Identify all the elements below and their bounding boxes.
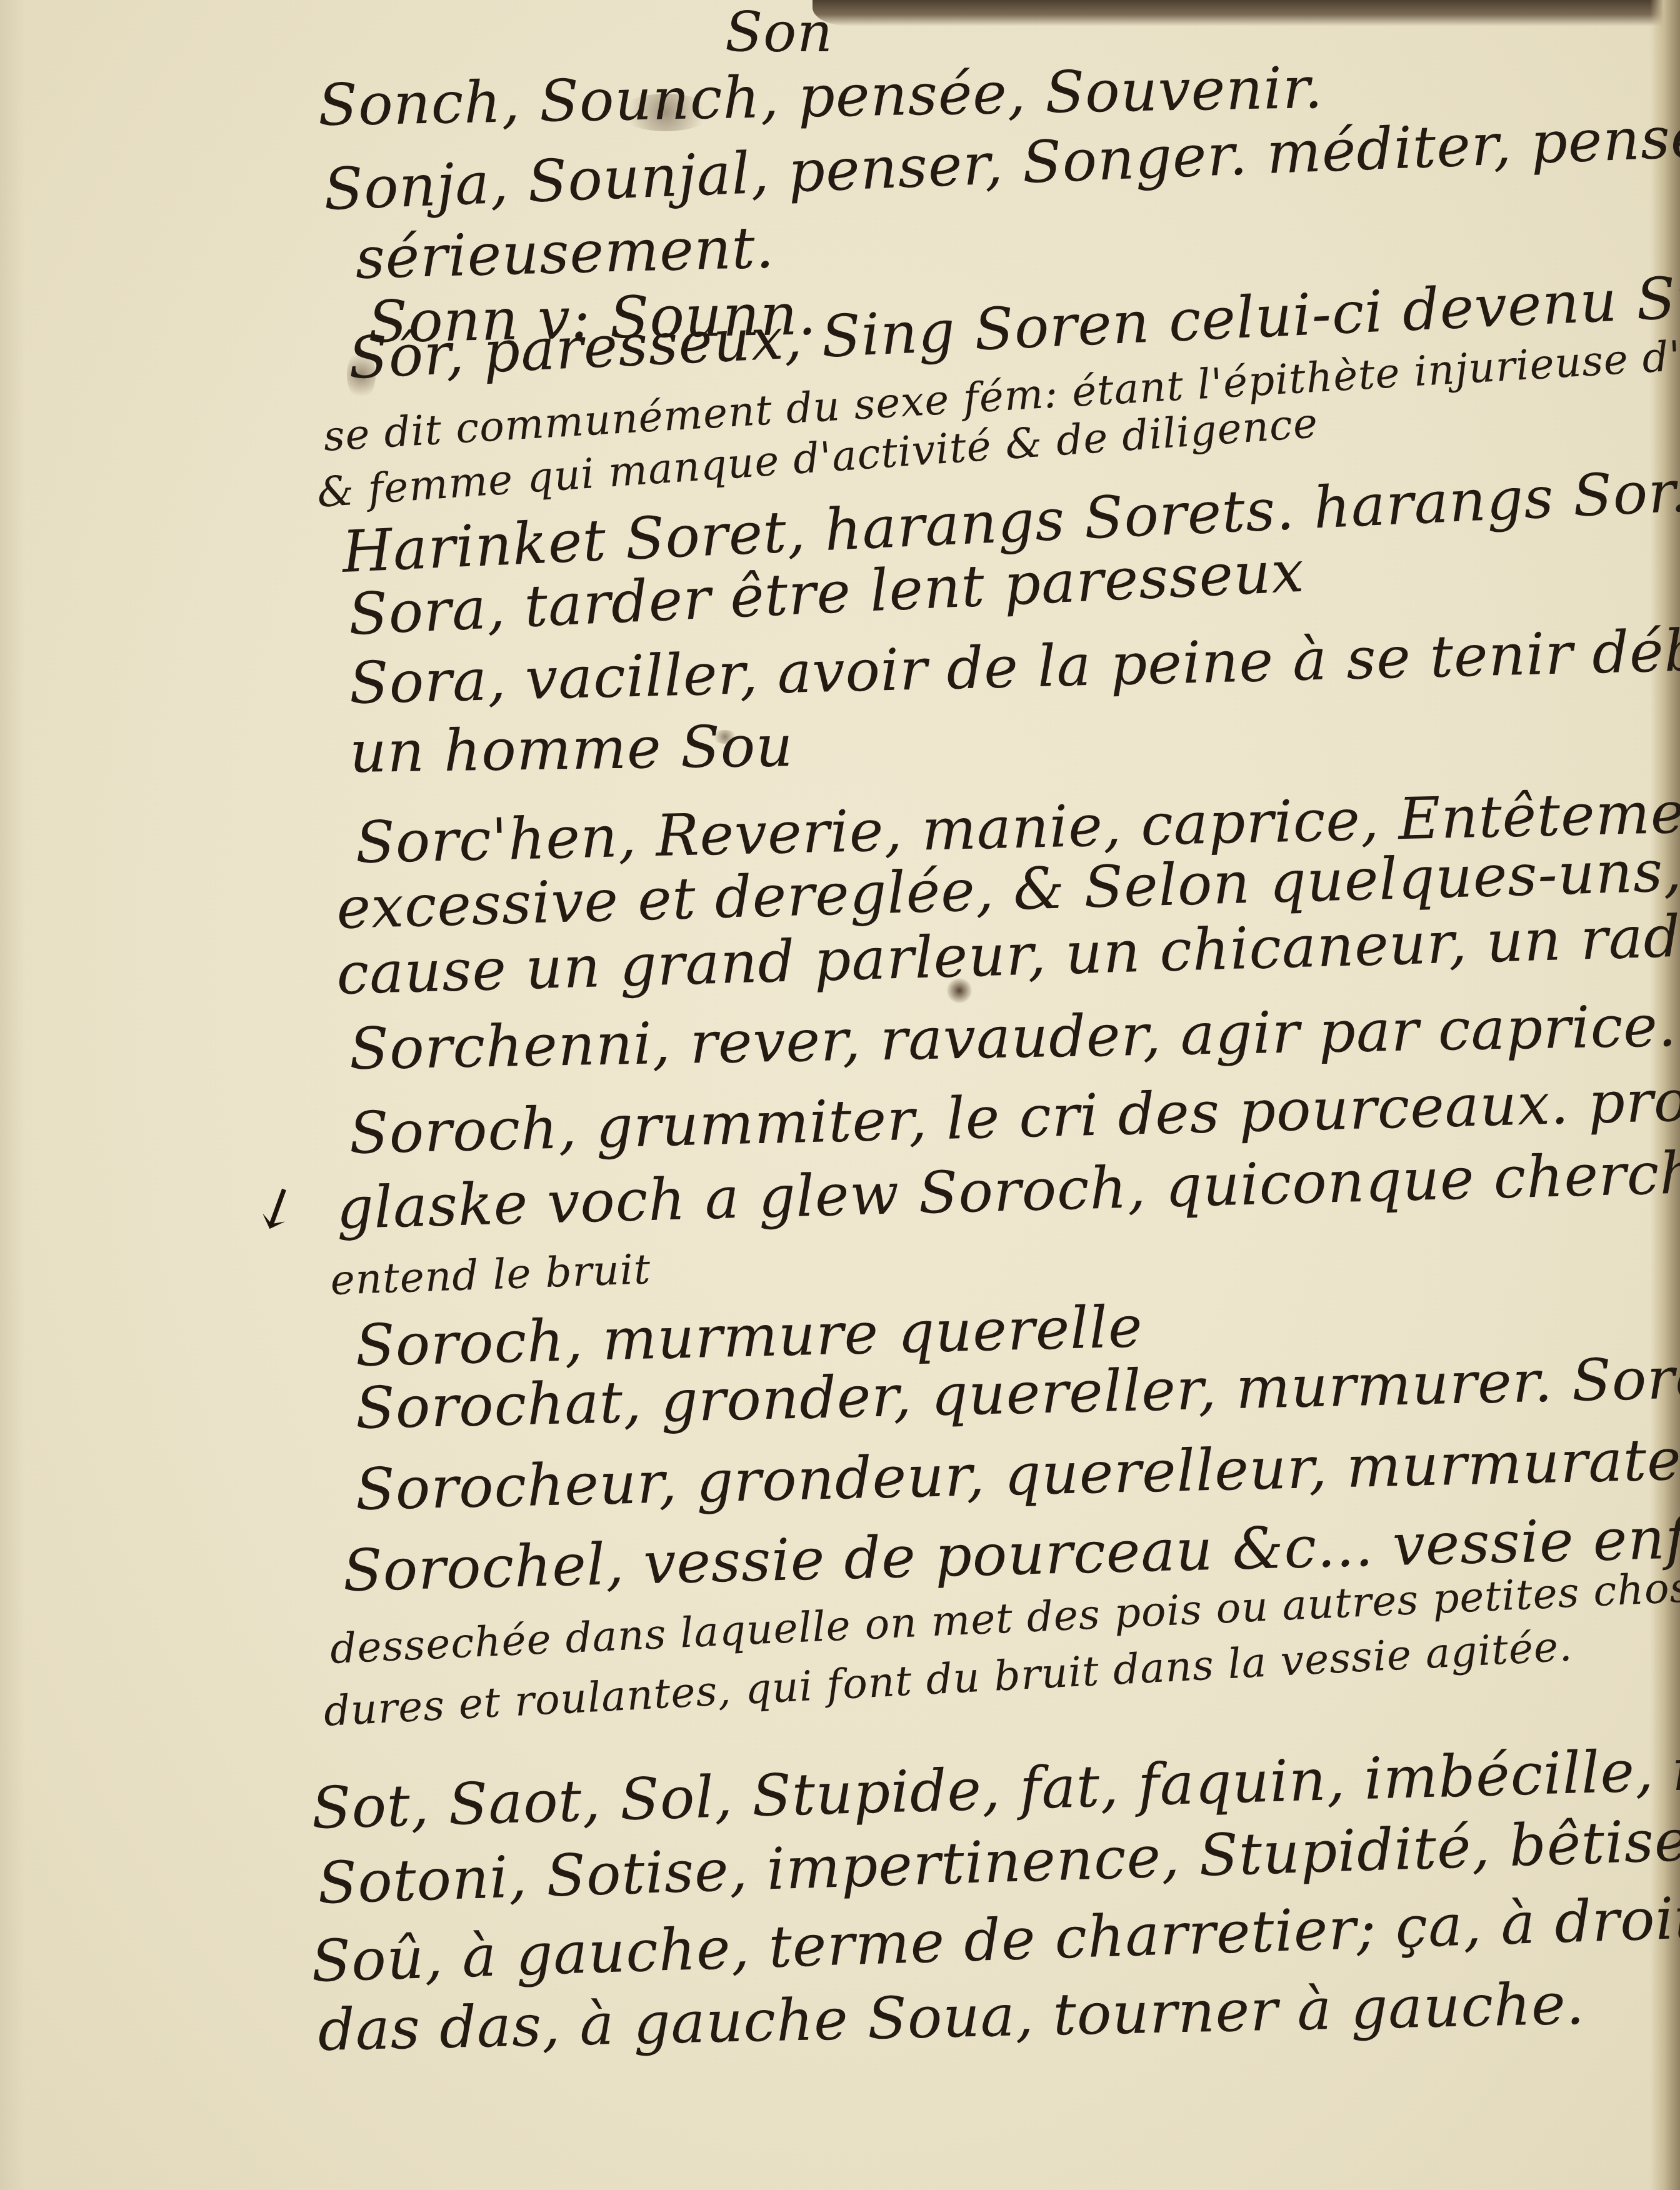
line-text: Sorchenni, rever, ravauder, agir par cap… [349, 992, 1677, 1082]
binding-top-edge [812, 0, 1680, 26]
margin-arrow-mark: ↙ [241, 1168, 312, 1247]
manuscript-line-11: un homme Sou [349, 712, 794, 786]
line-text: sérieusement. [354, 214, 775, 292]
page-left-shade [0, 0, 25, 2190]
page-header: Son [725, 0, 833, 64]
line-text: un homme Sou [349, 712, 794, 786]
manuscript-line-15: Sorchenni, rever, ravauder, agir par cap… [349, 992, 1677, 1082]
manuscript-line-3: sérieusement. [354, 214, 775, 292]
manuscript-page: Son Sonch, Sounch, pensée, Souvenir. Son… [0, 0, 1680, 2190]
manuscript-line-18: entend le bruit [329, 1245, 651, 1304]
line-text: entend le bruit [329, 1245, 651, 1304]
